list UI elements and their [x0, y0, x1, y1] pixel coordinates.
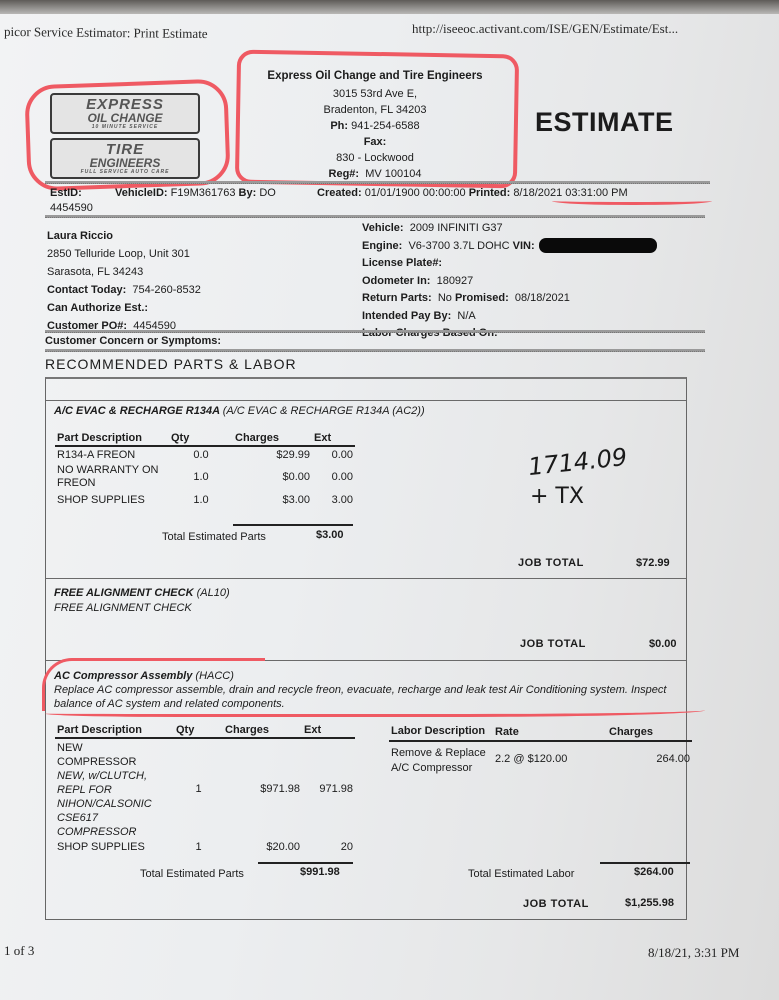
divider: [45, 330, 705, 333]
vehicle-label: Vehicle:: [362, 222, 404, 234]
part-desc: SHOP SUPPLIES: [55, 839, 174, 855]
col-labor-description: Labor Description: [389, 724, 493, 741]
est-id-label: EstID:: [50, 187, 82, 199]
created-value: 01/01/1900 00:00:00: [365, 187, 466, 199]
labor-desc: Remove & Replace A/C Compressor: [389, 741, 493, 776]
labor-rate: 2.2 @ $120.00: [493, 741, 607, 776]
plate-label: License Plate#:: [362, 257, 442, 269]
subtotal-line: [600, 862, 690, 864]
document-title: ESTIMATE: [535, 107, 674, 138]
promised-label: Promised:: [455, 292, 509, 304]
part-qty: 0.0: [169, 446, 233, 463]
divider: [45, 215, 705, 218]
table-row: SHOP SUPPLIES 1 $20.00 20: [55, 839, 355, 855]
browser-print-url: http://iseeoc.activant.com/ISE/GEN/Estim…: [412, 21, 678, 37]
vehicle-id: VehicleID: F19M361763 By: DO: [115, 187, 276, 199]
est-id: EstID:: [50, 187, 82, 199]
job-3-parts-table: Part Description Qty Charges Ext NEW COM…: [55, 724, 355, 855]
return-label: Return Parts:: [362, 292, 432, 304]
customer-info: Laura Riccio 2850 Telluride Loop, Unit 3…: [47, 227, 201, 335]
return-row: Return Parts: No Promised: 08/18/2021: [362, 290, 657, 308]
labor-basis-label: Labor Charges Based On:: [362, 327, 498, 339]
table-row: NO WARRANTY ON FREON 1.0 $0.00 0.00: [55, 463, 355, 491]
part-desc-line: NEW, w/CLUTCH,: [57, 769, 172, 783]
red-annotation-circle-company: [235, 50, 519, 189]
col-charges: Charges: [223, 724, 302, 738]
red-annotation-underline-description: [45, 700, 705, 717]
printed-label: Printed:: [469, 187, 511, 199]
job-3-total-value: $1,255.98: [625, 897, 674, 909]
red-annotation-underline-printed: [552, 197, 712, 205]
labor-table-header: Labor Description Rate Charges: [389, 724, 692, 741]
by-label: By:: [239, 187, 257, 199]
col-part-description: Part Description: [55, 432, 169, 446]
vehicle-info: Vehicle: 2009 INFINITI G37 Engine: V6-37…: [362, 220, 657, 343]
parts-table-header: Part Description Qty Charges Ext: [55, 432, 355, 446]
job-2-description: FREE ALIGNMENT CHECK: [54, 602, 192, 614]
background-edge: [0, 0, 779, 14]
customer-address-1: 2850 Telluride Loop, Unit 301: [47, 245, 201, 263]
job-3-total-parts-value: $991.98: [300, 866, 340, 878]
part-qty: 1.0: [169, 491, 233, 509]
job-2-title: FREE ALIGNMENT CHECK (AL10): [54, 587, 230, 599]
customer-concern-label: Customer Concern or Symptoms:: [45, 335, 221, 347]
divider: [45, 349, 705, 352]
col-part-description: Part Description: [55, 724, 174, 738]
part-charges: $971.98: [223, 738, 302, 839]
col-ext: Ext: [312, 432, 355, 446]
paytype-value: N/A: [457, 310, 475, 322]
engine-label: Engine:: [362, 240, 402, 252]
table-row: R134-A FREON 0.0 $29.99 0.00: [55, 446, 355, 463]
red-annotation-circle-logo: [24, 78, 231, 191]
vehicle-id-label: VehicleID:: [115, 187, 168, 199]
job-3-total-parts-label: Total Estimated Parts: [140, 868, 244, 880]
part-qty: 1: [174, 839, 223, 855]
est-id-value: 4454590: [50, 202, 93, 214]
job-1-total-parts-label: Total Estimated Parts: [162, 531, 266, 543]
part-desc: NEW COMPRESSOR NEW, w/CLUTCH, REPL FOR N…: [55, 738, 174, 839]
table-row: Remove & Replace A/C Compressor 2.2 @ $1…: [389, 741, 692, 776]
vin-redaction: [539, 238, 657, 253]
part-qty: 1.0: [169, 463, 233, 491]
paytype-row: Intended Pay By: N/A: [362, 308, 657, 326]
customer-address-2: Sarasota, FL 34243: [47, 263, 201, 281]
plate-row: License Plate#:: [362, 255, 657, 273]
job-3-total-labor-value: $264.00: [634, 866, 674, 878]
part-desc-line: COMPRESSOR: [57, 755, 172, 769]
contact-value: 754-260-8532: [132, 284, 201, 296]
part-ext: 0.00: [312, 463, 355, 491]
by-value: DO: [259, 187, 276, 199]
created-label: Created:: [317, 187, 362, 199]
job-1-code: (A/C EVAC & RECHARGE R134A (AC2)): [223, 405, 425, 417]
job-2-total-label: JOB TOTAL: [520, 638, 586, 650]
part-desc-line: NEW: [57, 741, 172, 755]
job-2-code: (AL10): [197, 587, 230, 599]
part-desc-line: REPL FOR: [57, 783, 172, 797]
authorize-label: Can Authorize Est.:: [47, 302, 148, 314]
job-2-total-value: $0.00: [649, 638, 677, 650]
customer-name: Laura Riccio: [47, 227, 201, 245]
col-qty: Qty: [169, 432, 233, 446]
vin-label: VIN:: [513, 240, 535, 252]
odometer-value: 180927: [437, 275, 474, 287]
job-3-total-labor-label: Total Estimated Labor: [468, 868, 574, 880]
job-1-name: A/C EVAC & RECHARGE R134A: [54, 405, 220, 417]
col-charges: Charges: [233, 432, 312, 446]
subtotal-line: [258, 862, 353, 864]
part-ext: 3.00: [312, 491, 355, 509]
job-3-labor-table: Labor Description Rate Charges Remove & …: [389, 724, 692, 776]
vehicle-value: 2009 INFINITI G37: [410, 222, 503, 234]
recommended-heading: RECOMMENDED PARTS & LABOR: [45, 356, 297, 372]
divider: [45, 181, 710, 184]
part-desc: NO WARRANTY ON FREON: [55, 463, 169, 491]
engine-row: Engine: V6-3700 3.7L DOHC VIN:: [362, 238, 657, 256]
vehicle-row: Vehicle: 2009 INFINITI G37: [362, 220, 657, 238]
customer-contact: Contact Today: 754-260-8532: [47, 281, 201, 299]
part-ext: 20: [302, 839, 355, 855]
part-ext: 971.98: [302, 738, 355, 839]
col-labor-charges: Charges: [607, 724, 692, 741]
col-qty: Qty: [174, 724, 223, 738]
parts-table-header: Part Description Qty Charges Ext: [55, 724, 355, 738]
odometer-label: Odometer In:: [362, 275, 430, 287]
vehicle-id-value: F19M361763: [171, 187, 236, 199]
table-row: NEW COMPRESSOR NEW, w/CLUTCH, REPL FOR N…: [55, 738, 355, 839]
engine-value: V6-3700 3.7L DOHC: [408, 240, 509, 252]
return-value: No: [438, 292, 452, 304]
paytype-label: Intended Pay By:: [362, 310, 451, 322]
part-charges: $3.00: [233, 491, 312, 509]
part-charges: $29.99: [233, 446, 312, 463]
labor-charges: 264.00: [607, 741, 692, 776]
labor-basis-row: Labor Charges Based On:: [362, 325, 657, 343]
browser-print-title: picor Service Estimator: Print Estimate: [4, 24, 208, 42]
job-1-total-value: $72.99: [636, 557, 670, 569]
table-row: SHOP SUPPLIES 1.0 $3.00 3.00: [55, 491, 355, 509]
part-qty: 1: [174, 738, 223, 839]
part-desc-line: CSE617: [57, 811, 172, 825]
part-ext: 0.00: [312, 446, 355, 463]
part-desc: SHOP SUPPLIES: [55, 491, 169, 509]
part-charges: $0.00: [233, 463, 312, 491]
customer-authorize: Can Authorize Est.:: [47, 299, 201, 317]
job-2-name: FREE ALIGNMENT CHECK: [54, 587, 194, 599]
odometer-row: Odometer In: 180927: [362, 273, 657, 291]
job-1-parts-table: Part Description Qty Charges Ext R134-A …: [55, 432, 355, 509]
part-desc-line: NIHON/CALSONIC: [57, 797, 172, 811]
promised-value: 08/18/2021: [515, 292, 570, 304]
print-datetime: 8/18/21, 3:31 PM: [648, 945, 739, 961]
job-1-title: A/C EVAC & RECHARGE R134A (A/C EVAC & RE…: [54, 405, 425, 417]
job-divider: [46, 400, 686, 401]
part-desc-line: COMPRESSOR: [57, 825, 172, 839]
col-rate: Rate: [493, 724, 607, 741]
subtotal-line: [233, 524, 353, 526]
contact-label: Contact Today:: [47, 284, 126, 296]
job-divider: [46, 578, 686, 579]
handwritten-plus-tax: + TX: [530, 484, 584, 509]
job-1-total-parts-value: $3.00: [316, 529, 344, 541]
part-charges: $20.00: [223, 839, 302, 855]
job-1-total-label: JOB TOTAL: [518, 557, 584, 569]
part-desc: R134-A FREON: [55, 446, 169, 463]
col-ext: Ext: [302, 724, 355, 738]
page-number: 1 of 3: [4, 943, 34, 959]
job-3-total-label: JOB TOTAL: [523, 898, 589, 910]
